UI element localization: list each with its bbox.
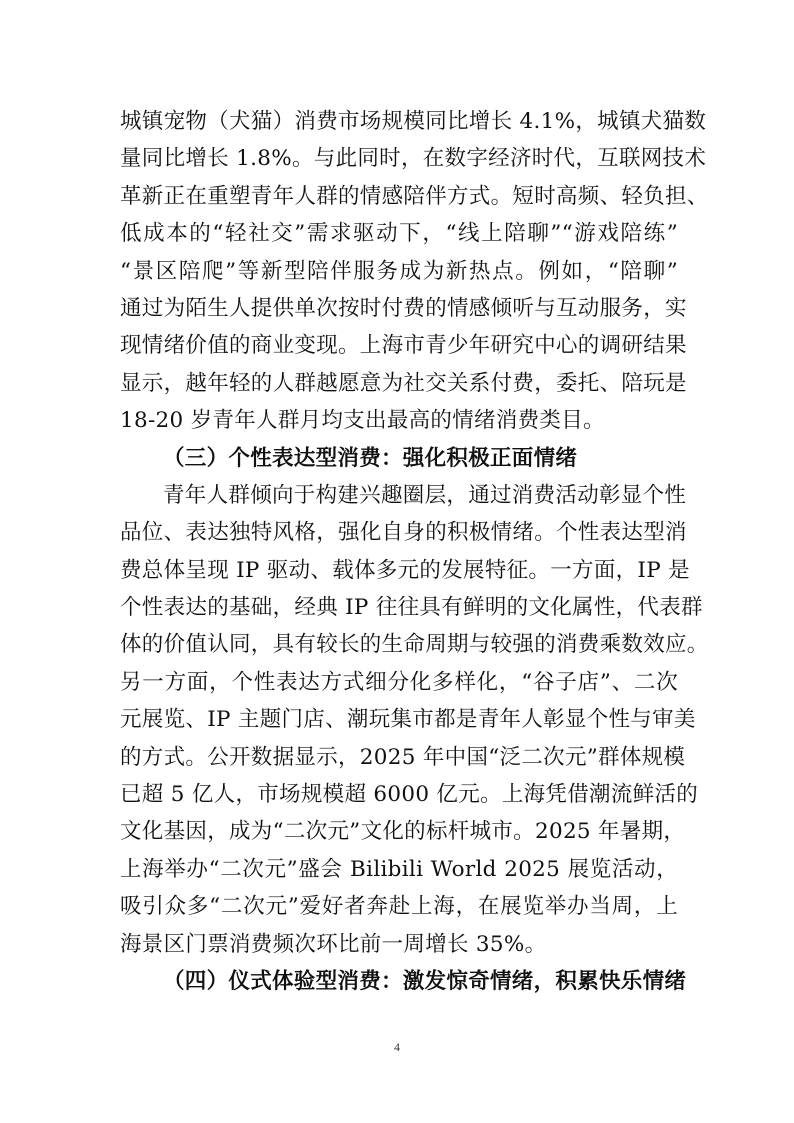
text-line: 低成本的“轻社交”需求驱动下，“线上陪聊”“游戏陪练” xyxy=(120,215,678,252)
text-line: 18-20 岁青年人群月均支出最高的情绪消费类目。 xyxy=(120,402,678,439)
text-line: 青年人群倾向于构建兴趣圈层，通过消费活动彰显个性 xyxy=(120,477,678,514)
text-line: 通过为陌生人提供单次按时付费的情感倾听与互动服务，实 xyxy=(120,290,678,327)
text-line: 的方式。公开数据显示，2025 年中国“泛二次元”群体规模 xyxy=(120,739,678,776)
section-heading-3: （三）个性表达型消费：强化积极正面情绪 xyxy=(120,440,678,477)
text-line: 体的价值认同，具有较长的生命周期与较强的消费乘数效应。 xyxy=(120,626,678,663)
text-line: 量同比增长 1.8%。与此同时，在数字经济时代，互联网技术 xyxy=(120,140,678,177)
text-line: 城镇宠物（犬猫）消费市场规模同比增长 4.1%，城镇犬猫数 xyxy=(120,103,678,140)
text-line: 个性表达的基础，经典 IP 往往具有鲜明的文化属性，代表群 xyxy=(120,589,678,626)
text-line: 费总体呈现 IP 驱动、载体多元的发展特征。一方面，IP 是 xyxy=(120,552,678,589)
text-line: 革新正在重塑青年人群的情感陪伴方式。短时高频、轻负担、 xyxy=(120,178,678,215)
text-line: “景区陪爬”等新型陪伴服务成为新热点。例如，“陪聊” xyxy=(120,253,678,290)
section-heading-4: （四）仪式体验型消费：激发惊奇情绪，积累快乐情绪 xyxy=(120,963,678,1000)
page-number: 4 xyxy=(0,1040,794,1055)
text-line: 海景区门票消费频次环比前一周增长 35%。 xyxy=(120,926,678,963)
document-page: 城镇宠物（犬猫）消费市场规模同比增长 4.1%，城镇犬猫数 量同比增长 1.8%… xyxy=(120,103,678,1000)
paragraph-personal-expression: 青年人群倾向于构建兴趣圈层，通过消费活动彰显个性 品位、表达独特风格，强化自身的… xyxy=(120,477,678,963)
text-line: 另一方面，个性表达方式细分化多样化，“谷子店”、二次 xyxy=(120,664,678,701)
text-line: 元展览、IP 主题门店、潮玩集市都是青年人彰显个性与审美 xyxy=(120,701,678,738)
text-line: 吸引众多“二次元”爱好者奔赴上海，在展览举办当周，上 xyxy=(120,888,678,925)
text-line: 显示，越年轻的人群越愿意为社交关系付费，委托、陪玩是 xyxy=(120,365,678,402)
text-line: 品位、表达独特风格，强化自身的积极情绪。个性表达型消 xyxy=(120,514,678,551)
paragraph-pet-and-companionship: 城镇宠物（犬猫）消费市场规模同比增长 4.1%，城镇犬猫数 量同比增长 1.8%… xyxy=(120,103,678,440)
text-line: 现情绪价值的商业变现。上海市青少年研究中心的调研结果 xyxy=(120,327,678,364)
text-line: 文化基因，成为“二次元”文化的标杆城市。2025 年暑期， xyxy=(120,813,678,850)
text-line: 已超 5 亿人，市场规模超 6000 亿元。上海凭借潮流鲜活的 xyxy=(120,776,678,813)
text-line: 上海举办“二次元”盛会 Bilibili World 2025 展览活动， xyxy=(120,851,678,888)
